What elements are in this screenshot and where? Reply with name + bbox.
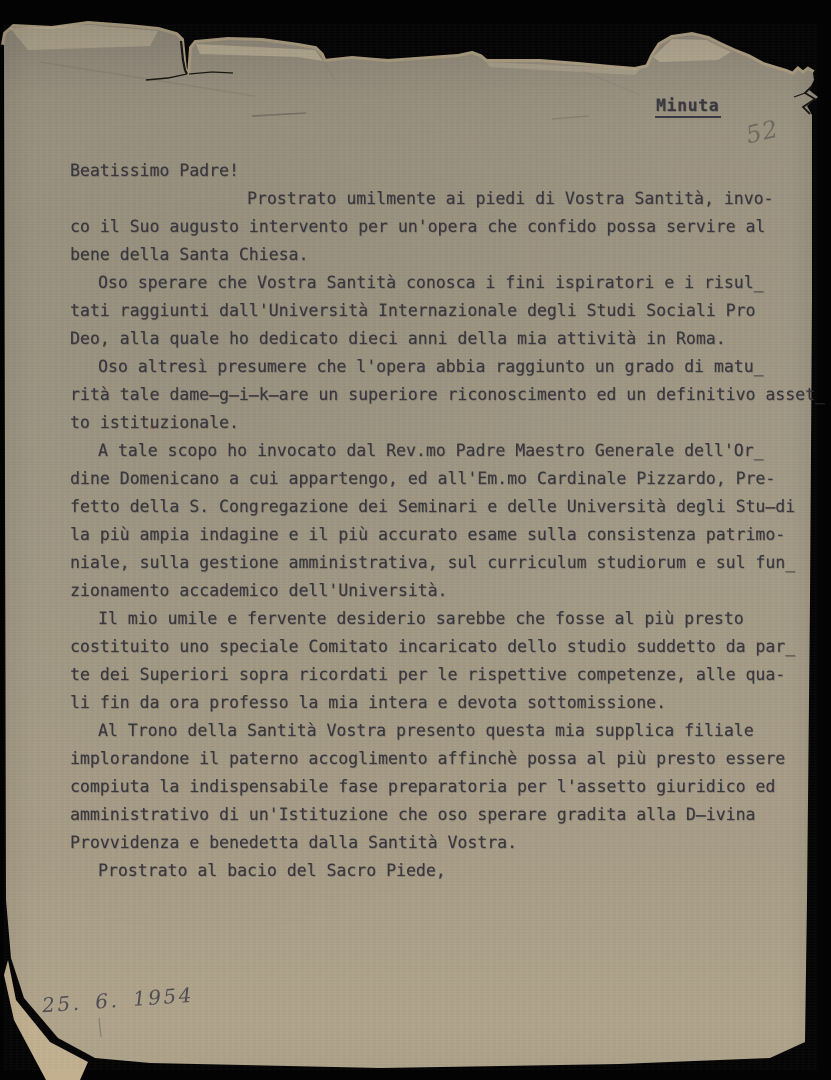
scanned-letter-page: Minuta 52 Beatissimo Padre!Prostrato umi… — [0, 0, 831, 1080]
page-number-annotation: 52 — [743, 115, 781, 150]
typed-line: Il mio umile e fervente desiderio sarebb… — [70, 605, 810, 633]
typed-line: A tale scopo ho invocato dal Rev.mo Padr… — [70, 437, 810, 465]
typed-line: costituito uno speciale Comitato incaric… — [70, 633, 810, 661]
typed-line: dine Domenicano a cui appartengo, ed all… — [70, 465, 810, 493]
header-label: Minuta — [655, 96, 721, 118]
typed-line: fetto della S. Congregazione dei Seminar… — [70, 493, 810, 521]
typed-line: te dei Superiori sopra ricordati per le … — [70, 661, 810, 689]
typed-line: Prostrato umilmente ai piedi di Vostra S… — [70, 185, 810, 213]
typed-line: Prostrato al bacio del Sacro Piede, — [70, 857, 810, 885]
typed-line: to istituzionale. — [70, 409, 810, 437]
typed-line: compiuta la indispensabile fase preparat… — [70, 773, 810, 801]
handwritten-date: 25. 6. 1954 — [41, 983, 194, 1018]
typed-line: Deo, alla quale ho dedicato dieci anni d… — [70, 325, 810, 353]
typed-body: Beatissimo Padre!Prostrato umilmente ai … — [70, 157, 810, 885]
typed-line: Oso altresì presumere che l'opera abbia … — [70, 353, 810, 381]
letter-text-layer: Minuta 52 Beatissimo Padre!Prostrato umi… — [0, 0, 831, 1080]
typed-line: Al Trono della Santità Vostra presento q… — [70, 717, 810, 745]
typed-line: la più ampia indagine e il più accurato … — [70, 521, 810, 549]
typed-line: rità tale dame̶g̶i̶k̶are un superiore ri… — [70, 381, 810, 409]
typed-line: tati raggiunti dall'Università Internazi… — [70, 297, 810, 325]
typed-line: implorandone il paterno accoglimento aff… — [70, 745, 810, 773]
typed-line: co il Suo augusto intervento per un'oper… — [70, 213, 810, 241]
typed-line: Oso sperare che Vostra Santità conosca i… — [70, 269, 810, 297]
typed-line: Beatissimo Padre! — [70, 157, 810, 185]
typed-line: bene della Santa Chiesa. — [70, 241, 810, 269]
typed-line: li fin da ora professo la mia intera e d… — [70, 689, 810, 717]
typed-line: amministrativo di un'Istituzione che oso… — [70, 801, 810, 829]
typed-line: niale, sulla gestione amministrativa, su… — [70, 549, 810, 577]
typed-line: Provvidenza e benedetta dalla Santità Vo… — [70, 829, 810, 857]
typed-line: zionamento accademico dell'Università. — [70, 577, 810, 605]
